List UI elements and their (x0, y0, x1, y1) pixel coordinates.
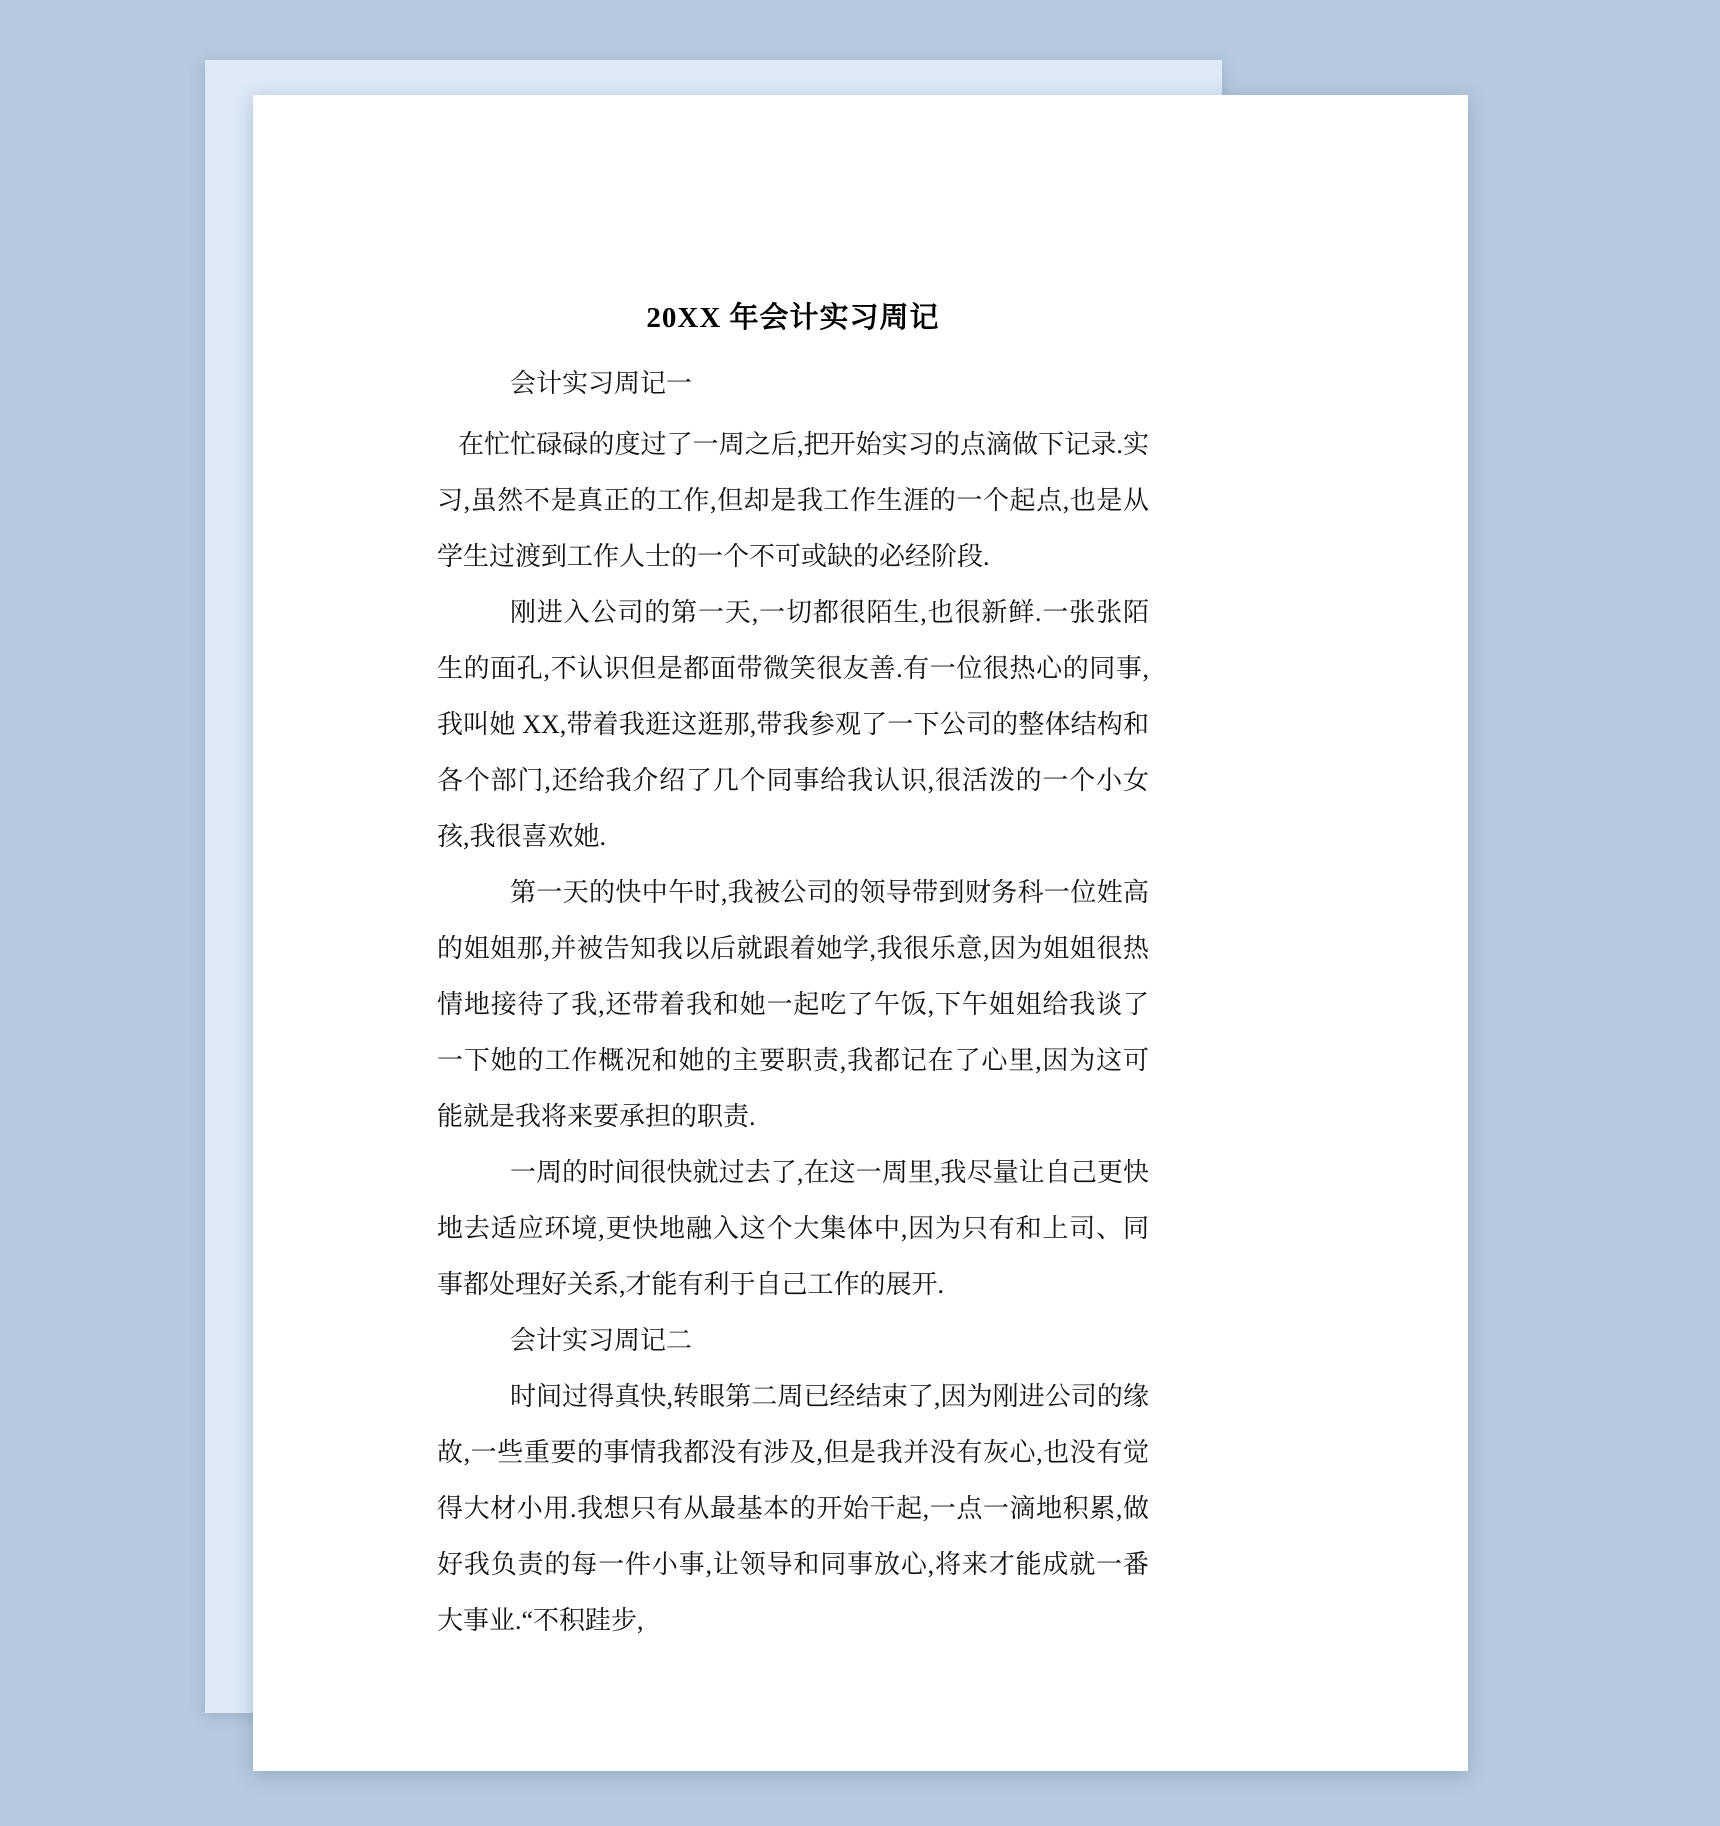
section-1-paragraph-4: 一周的时间很快就过去了,在这一周里,我尽量让自己更快地去适应环境,更快地融入这个… (437, 1145, 1149, 1313)
section-1-heading: 会计实习周记一 (437, 356, 1149, 412)
desktop-background: 20XX 年会计实习周记 会计实习周记一 在忙忙碌碌的度过了一周之后,把开始实习… (0, 0, 1720, 1826)
section-2-heading: 会计实习周记二 (437, 1313, 1149, 1369)
section-1-paragraph-3: 第一天的快中午时,我被公司的领导带到财务科一位姓高的姐姐那,并被告知我以后就跟着… (437, 865, 1149, 1145)
section-2-paragraph-1: 时间过得真快,转眼第二周已经结束了,因为刚进公司的缘故,一些重要的事情我都没有涉… (437, 1369, 1149, 1649)
document-page: 20XX 年会计实习周记 会计实习周记一 在忙忙碌碌的度过了一周之后,把开始实习… (253, 95, 1468, 1771)
section-1-paragraph-1: 在忙忙碌碌的度过了一周之后,把开始实习的点滴做下记录.实习,虽然不是真正的工作,… (437, 417, 1149, 585)
section-1-paragraph-2: 刚进入公司的第一天,一切都很陌生,也很新鲜.一张张陌生的面孔,不认识但是都面带微… (437, 585, 1149, 865)
document-title: 20XX 年会计实习周记 (437, 290, 1149, 346)
document-text-column: 20XX 年会计实习周记 会计实习周记一 在忙忙碌碌的度过了一周之后,把开始实习… (437, 290, 1149, 1649)
